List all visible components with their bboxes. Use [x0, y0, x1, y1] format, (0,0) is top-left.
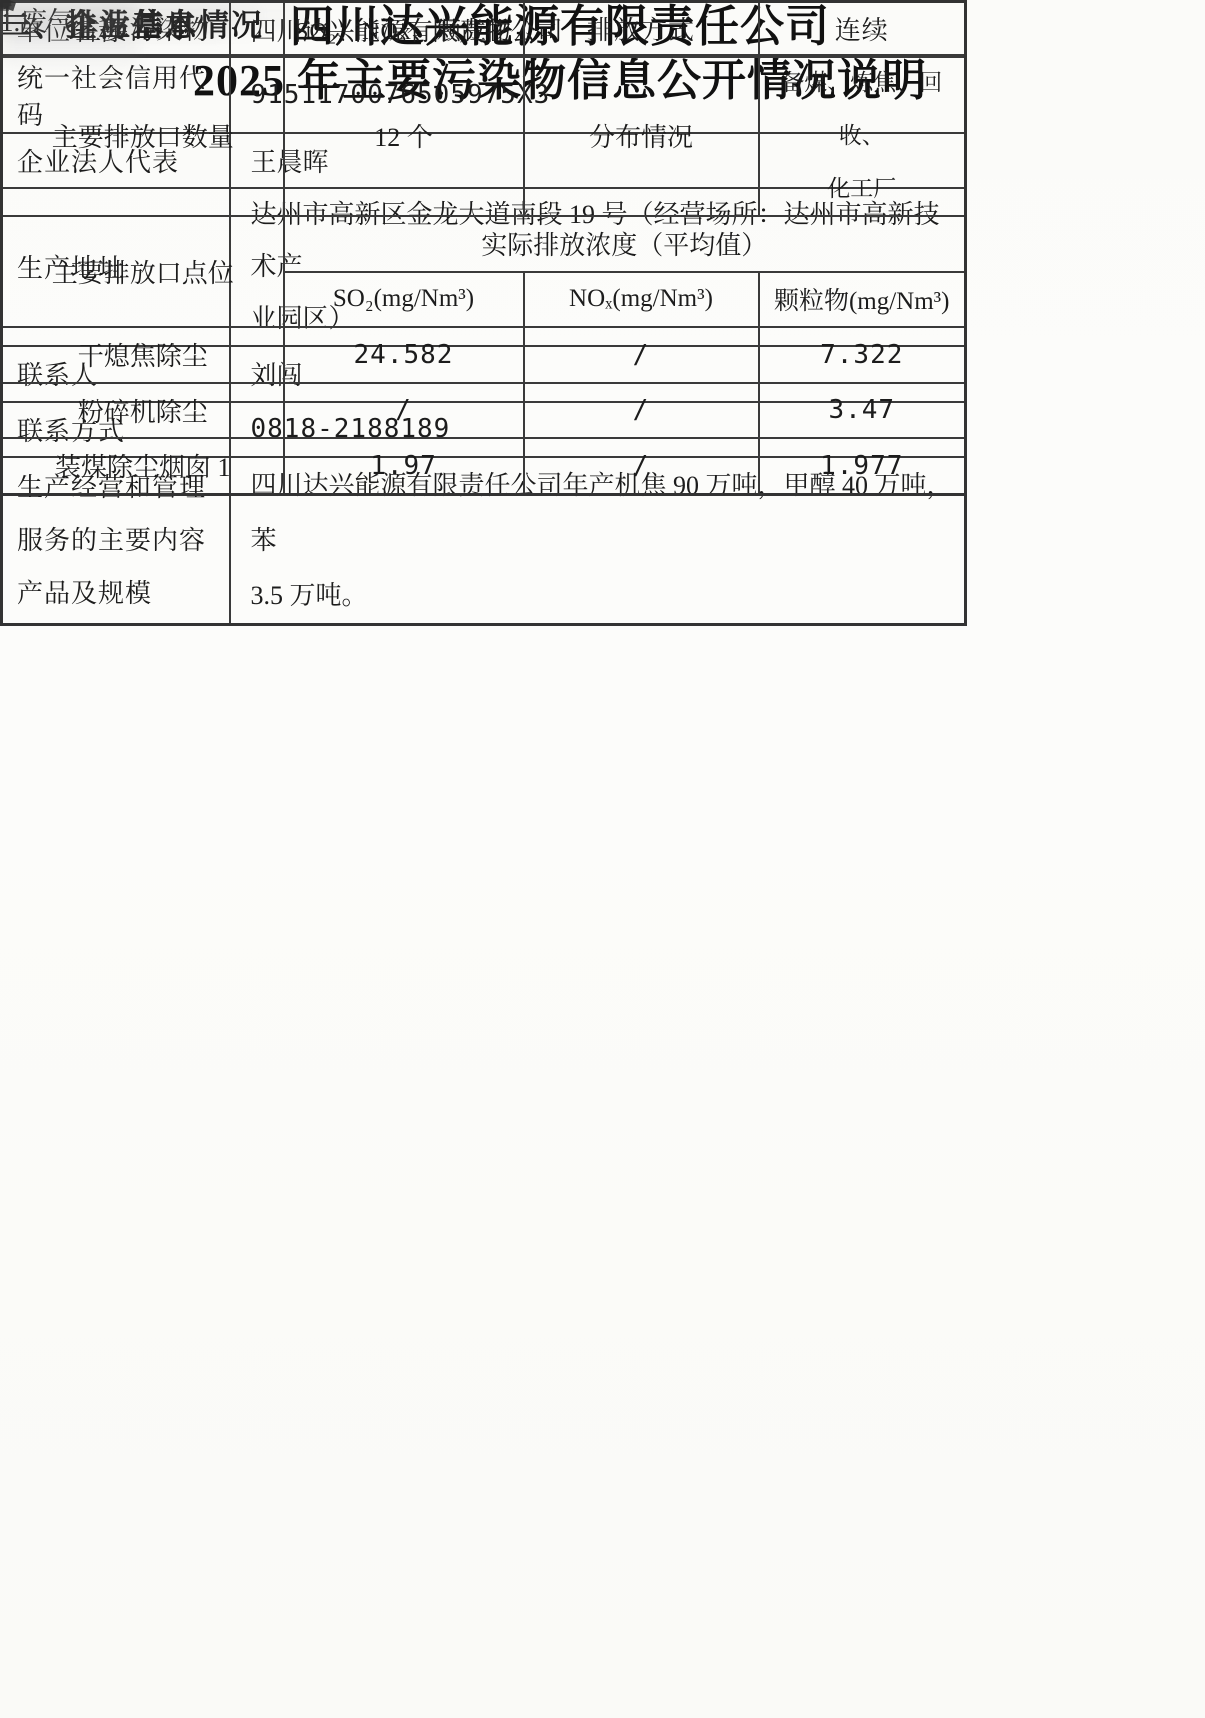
discharge-mode-label: 排放方式	[524, 2, 759, 55]
pm-value: 7.322	[759, 327, 966, 383]
outlet-point-name: 干熄焦除尘	[2, 327, 284, 383]
waste-gas-emission-table: 主要污染物 SO₂、NOx、颗粒物 排放方式 连续 主要排放口数量 12 个 分…	[0, 0, 967, 496]
nox-value: /	[524, 438, 759, 495]
table-row: 主要污染物 SO₂、NOx、颗粒物 排放方式 连续	[2, 2, 966, 55]
table-row: 粉碎机除尘 / / 3.47	[2, 383, 966, 438]
discharge-mode-value: 连续	[759, 2, 966, 55]
nox-value: /	[524, 327, 759, 383]
outlet-point-name: 粉碎机除尘	[2, 383, 284, 438]
main-pollutants-value: SO₂、NOx、颗粒物	[284, 2, 524, 55]
pm-unit-header: 颗粒物(mg/Nm³)	[759, 272, 966, 327]
table-row: 主要排放口数量 12 个 分布情况 备煤、炼焦、回收、 化工厂	[2, 55, 966, 216]
nox-unit-header: NOₓ(mg/Nm³)	[524, 272, 759, 327]
so2-value: 1.97	[284, 438, 524, 495]
nox-value: /	[524, 383, 759, 438]
outlet-points-label: 主要排放口点位	[2, 216, 284, 327]
so2-unit-header: SO₂(mg/Nm³)	[284, 272, 524, 327]
table-row: 装煤除尘烟囱 1 1.97 / 1.977	[2, 438, 966, 495]
table-row: 主要排放口点位 实际排放浓度（平均值）	[2, 216, 966, 272]
so2-value: 24.582	[284, 327, 524, 383]
page-number: 1	[0, 0, 14, 31]
outlet-count-label: 主要排放口数量	[2, 55, 284, 216]
pm-value: 1.977	[759, 438, 966, 495]
main-pollutants-label: 主要污染物	[2, 2, 284, 55]
document-page: 四川达兴能源有限责任公司 2025 年主要污染物信息公开情况说明 一、企业基本情…	[0, 0, 1205, 1718]
outlet-count-value: 12 个	[284, 55, 524, 216]
pm-value: 3.47	[759, 383, 966, 438]
so2-value: /	[284, 383, 524, 438]
distribution-value: 备煤、炼焦、回收、 化工厂	[759, 55, 966, 216]
actual-concentration-header: 实际排放浓度（平均值）	[284, 216, 966, 272]
distribution-label: 分布情况	[524, 55, 759, 216]
outlet-point-name: 装煤除尘烟囱 1	[2, 438, 284, 495]
table-row: 干熄焦除尘 24.582 / 7.322	[2, 327, 966, 383]
